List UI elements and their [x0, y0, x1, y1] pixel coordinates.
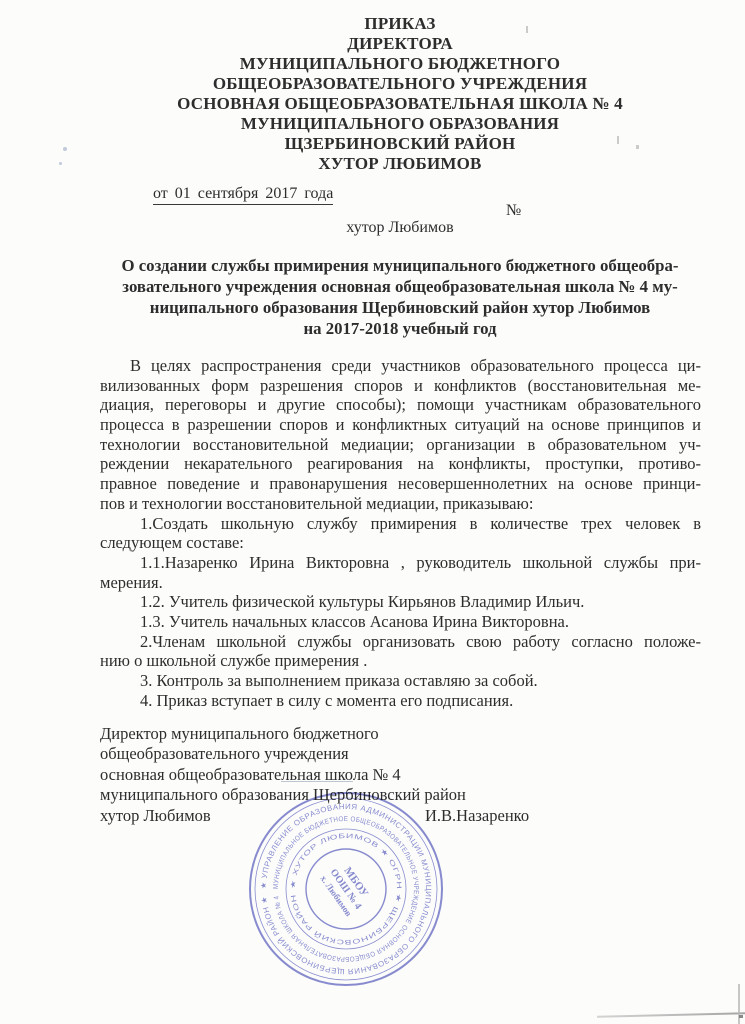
body-line: процесса в разрешении споров и конфликтн… — [100, 415, 701, 435]
body-line: вилизованных форм разрешения споров и ко… — [100, 376, 701, 396]
letterhead-line: ЩЗЕРБИНОВСКИЙ РАЙОН — [100, 134, 700, 154]
scan-edge-line-bottom — [597, 1012, 745, 1018]
order-item: 1.2. Учитель физической культуры Кирьяно… — [100, 592, 701, 612]
order-title-line: зовательного учреждения основная общеобр… — [98, 276, 702, 297]
letterhead-line: ОБЩЕОБРАЗОВАТЕЛЬНОГО УЧРЕЖДЕНИЯ — [100, 74, 700, 94]
body-line: В целях распространения среди участников… — [100, 356, 701, 376]
scan-edge-line-right — [738, 984, 740, 1024]
signature-line: общеобразовательного учреждения — [100, 744, 660, 764]
letterhead: ПРИКАЗ ДИРЕКТОРА МУНИЦИПАЛЬНОГО БЮДЖЕТНО… — [100, 14, 700, 174]
body-line: реждении некарательного реагирования на … — [100, 454, 701, 474]
order-title-line: на 2017-2018 учебный год — [98, 318, 702, 339]
order-number-label: № — [506, 202, 521, 220]
order-title-line: ниципального образования Щербиновский ра… — [98, 297, 702, 318]
body-line: диация, переговоры и другие способы); по… — [100, 395, 701, 415]
body-line: правное поведение и правонарушения несов… — [100, 474, 701, 494]
order-item: 3. Контроль за выполнением приказа остав… — [100, 671, 701, 691]
letterhead-line: ХУТОР ЛЮБИМОВ — [100, 154, 700, 174]
ink-speck — [63, 147, 67, 151]
order-item: 4. Приказ вступает в силу с момента его … — [100, 691, 701, 711]
order-item: 1.Создать школьную службу примирения в к… — [100, 514, 701, 534]
body-line: пов и технологии восстановительной медиа… — [100, 494, 701, 514]
order-item: 1.1.Назаренко Ирина Викторовна , руковод… — [100, 553, 701, 573]
letterhead-line: ДИРЕКТОРА — [100, 34, 700, 54]
letterhead-line: МУНИЦИПАЛЬНОГО ОБРАЗОВАНИЯ — [100, 114, 700, 134]
order-place: хутор Любимов — [100, 219, 700, 237]
signature-line: Директор муниципального бюджетного — [100, 724, 660, 744]
letterhead-line: МУНИЦИПАЛЬНОГО БЮДЖЕТНОГО — [100, 54, 700, 74]
order-body: В целях распространения среди участников… — [100, 356, 701, 710]
letterhead-line: ПРИКАЗ — [100, 14, 700, 34]
letterhead-line: ОСНОВНАЯ ОБЩЕОБРАЗОВАТЕЛЬНАЯ ШКОЛА № 4 — [100, 94, 700, 114]
order-item-continuation: следующем составе: — [100, 533, 701, 553]
scan-corner-dot — [739, 1015, 743, 1018]
scanned-order-document: ПРИКАЗ ДИРЕКТОРА МУНИЦИПАЛЬНОГО БЮДЖЕТНО… — [0, 0, 745, 1024]
signature-line: основная общеобразовательная школа № 4 — [100, 765, 660, 785]
order-item: 2.Членам школьной службы организовать св… — [100, 632, 701, 652]
order-title-line: О создании службы примирения муниципальн… — [98, 255, 702, 276]
order-title: О создании службы примирения муниципальн… — [98, 255, 702, 339]
order-item: 1.3. Учитель начальных классов Асанова И… — [100, 612, 701, 632]
school-stamp-seal: ★ УПРАВЛЕНИЕ ОБРАЗОВАНИЯ АДМИНИСТРАЦИИ М… — [241, 784, 451, 994]
ink-speck — [59, 162, 62, 165]
order-date: от 01 сентября 2017 года — [153, 185, 333, 205]
body-line: технологии восстановительной медиации; о… — [100, 435, 701, 455]
order-item-continuation: нию о школьной службе примерения . — [100, 651, 701, 671]
order-item-continuation: мерения. — [100, 573, 701, 593]
